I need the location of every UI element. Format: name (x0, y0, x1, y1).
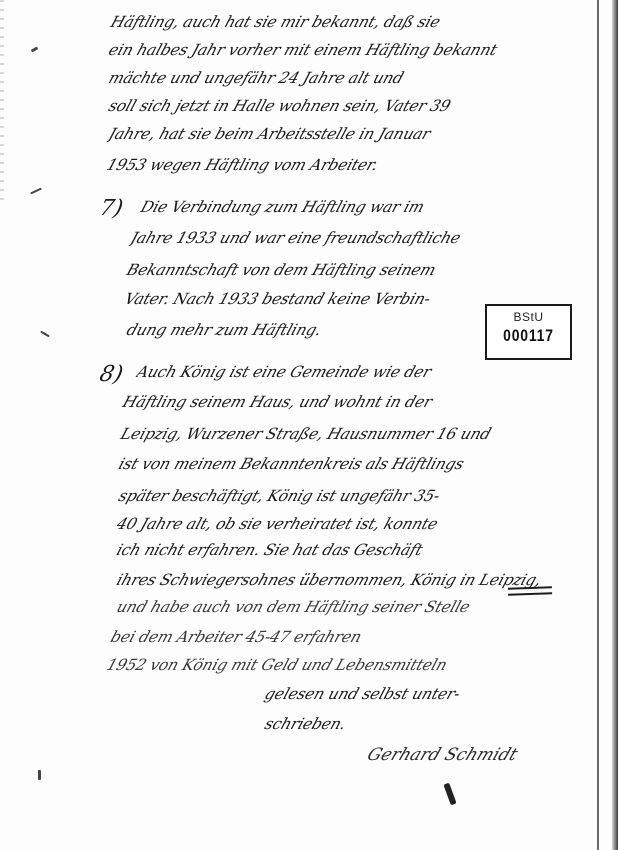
handwritten-line: Bekanntschaft von dem Häftling seinem (124, 260, 555, 280)
double-underline-mark (508, 586, 552, 596)
handwritten-line: bei dem Arbeiter 45-47 erfahren (108, 627, 554, 647)
handwritten-line: 40 Jahre alt, ob sie verheiratet ist, ko… (114, 514, 558, 534)
handwritten-line: ich nicht erfahren. Sie hat das Geschäft (114, 540, 560, 560)
handwritten-line: Jahre, hat sie beim Arbeitsstelle in Jan… (106, 124, 557, 144)
handwritten-line: und habe auch von dem Häftling seiner St… (114, 597, 560, 617)
ink-mark (443, 783, 456, 806)
stamp-page-number: 000117 (494, 326, 562, 346)
scan-right-border (612, 0, 618, 850)
handwritten-line: mächte und ungefähr 24 Jahre alt und (106, 68, 557, 88)
scanned-page: Häftling, auch hat sie mir bekannt, daß … (0, 0, 618, 850)
handwritten-line: 1952 von König mit Geld und Lebensmittel… (104, 655, 550, 675)
closing-line: gelesen und selbst unter- (262, 684, 568, 704)
paragraph-number: 7) (97, 196, 125, 221)
handwritten-line: Häftling, auch hat sie mir bekannt, daß … (108, 12, 554, 32)
handwritten-line: ihres Schwiegersohnes übernommen, König … (114, 570, 560, 590)
scan-speck (40, 331, 50, 338)
closing-line: schrieben. (262, 714, 388, 734)
handwritten-line: 1953 wegen Häftling vom Arbeiter. (104, 155, 535, 175)
handwritten-line: Häftling seinem Haus, und wohnt in der (120, 392, 556, 412)
handwritten-line: dung mehr zum Häftling. (124, 320, 390, 340)
page-fold-line (597, 0, 599, 850)
scan-speck (30, 188, 42, 195)
handwritten-line: Auch König ist eine Gemeinde wie der (134, 362, 560, 382)
stamp-organization: BStU (487, 310, 570, 324)
handwritten-line: später beschäftigt, König ist ungefähr 3… (116, 486, 556, 506)
bstu-archive-stamp: BStU 000117 (485, 304, 572, 360)
handwritten-line: ist von meinem Bekanntenkreis als Häftli… (116, 454, 560, 474)
handwritten-line: Leipzig, Wurzener Straße, Hausnummer 16 … (118, 424, 559, 444)
handwritten-line: ein halbes Jahr vorher mit einem Häftlin… (106, 40, 557, 60)
handwritten-line: soll sich jetzt in Halle wohnen sein, Va… (106, 96, 552, 116)
scan-edge-specks (0, 0, 4, 200)
handwritten-line: Die Verbindung zum Häftling war im (138, 197, 554, 217)
handwritten-line: Vater. Nach 1933 bestand keine Verbin- (122, 289, 488, 309)
paragraph-number: 8) (97, 362, 125, 387)
handwritten-line: Jahre 1933 und war eine freundschaftlich… (128, 228, 554, 248)
signature: Gerhard Schmidt (364, 745, 520, 765)
scan-speck (38, 770, 41, 780)
scan-speck (31, 46, 39, 52)
